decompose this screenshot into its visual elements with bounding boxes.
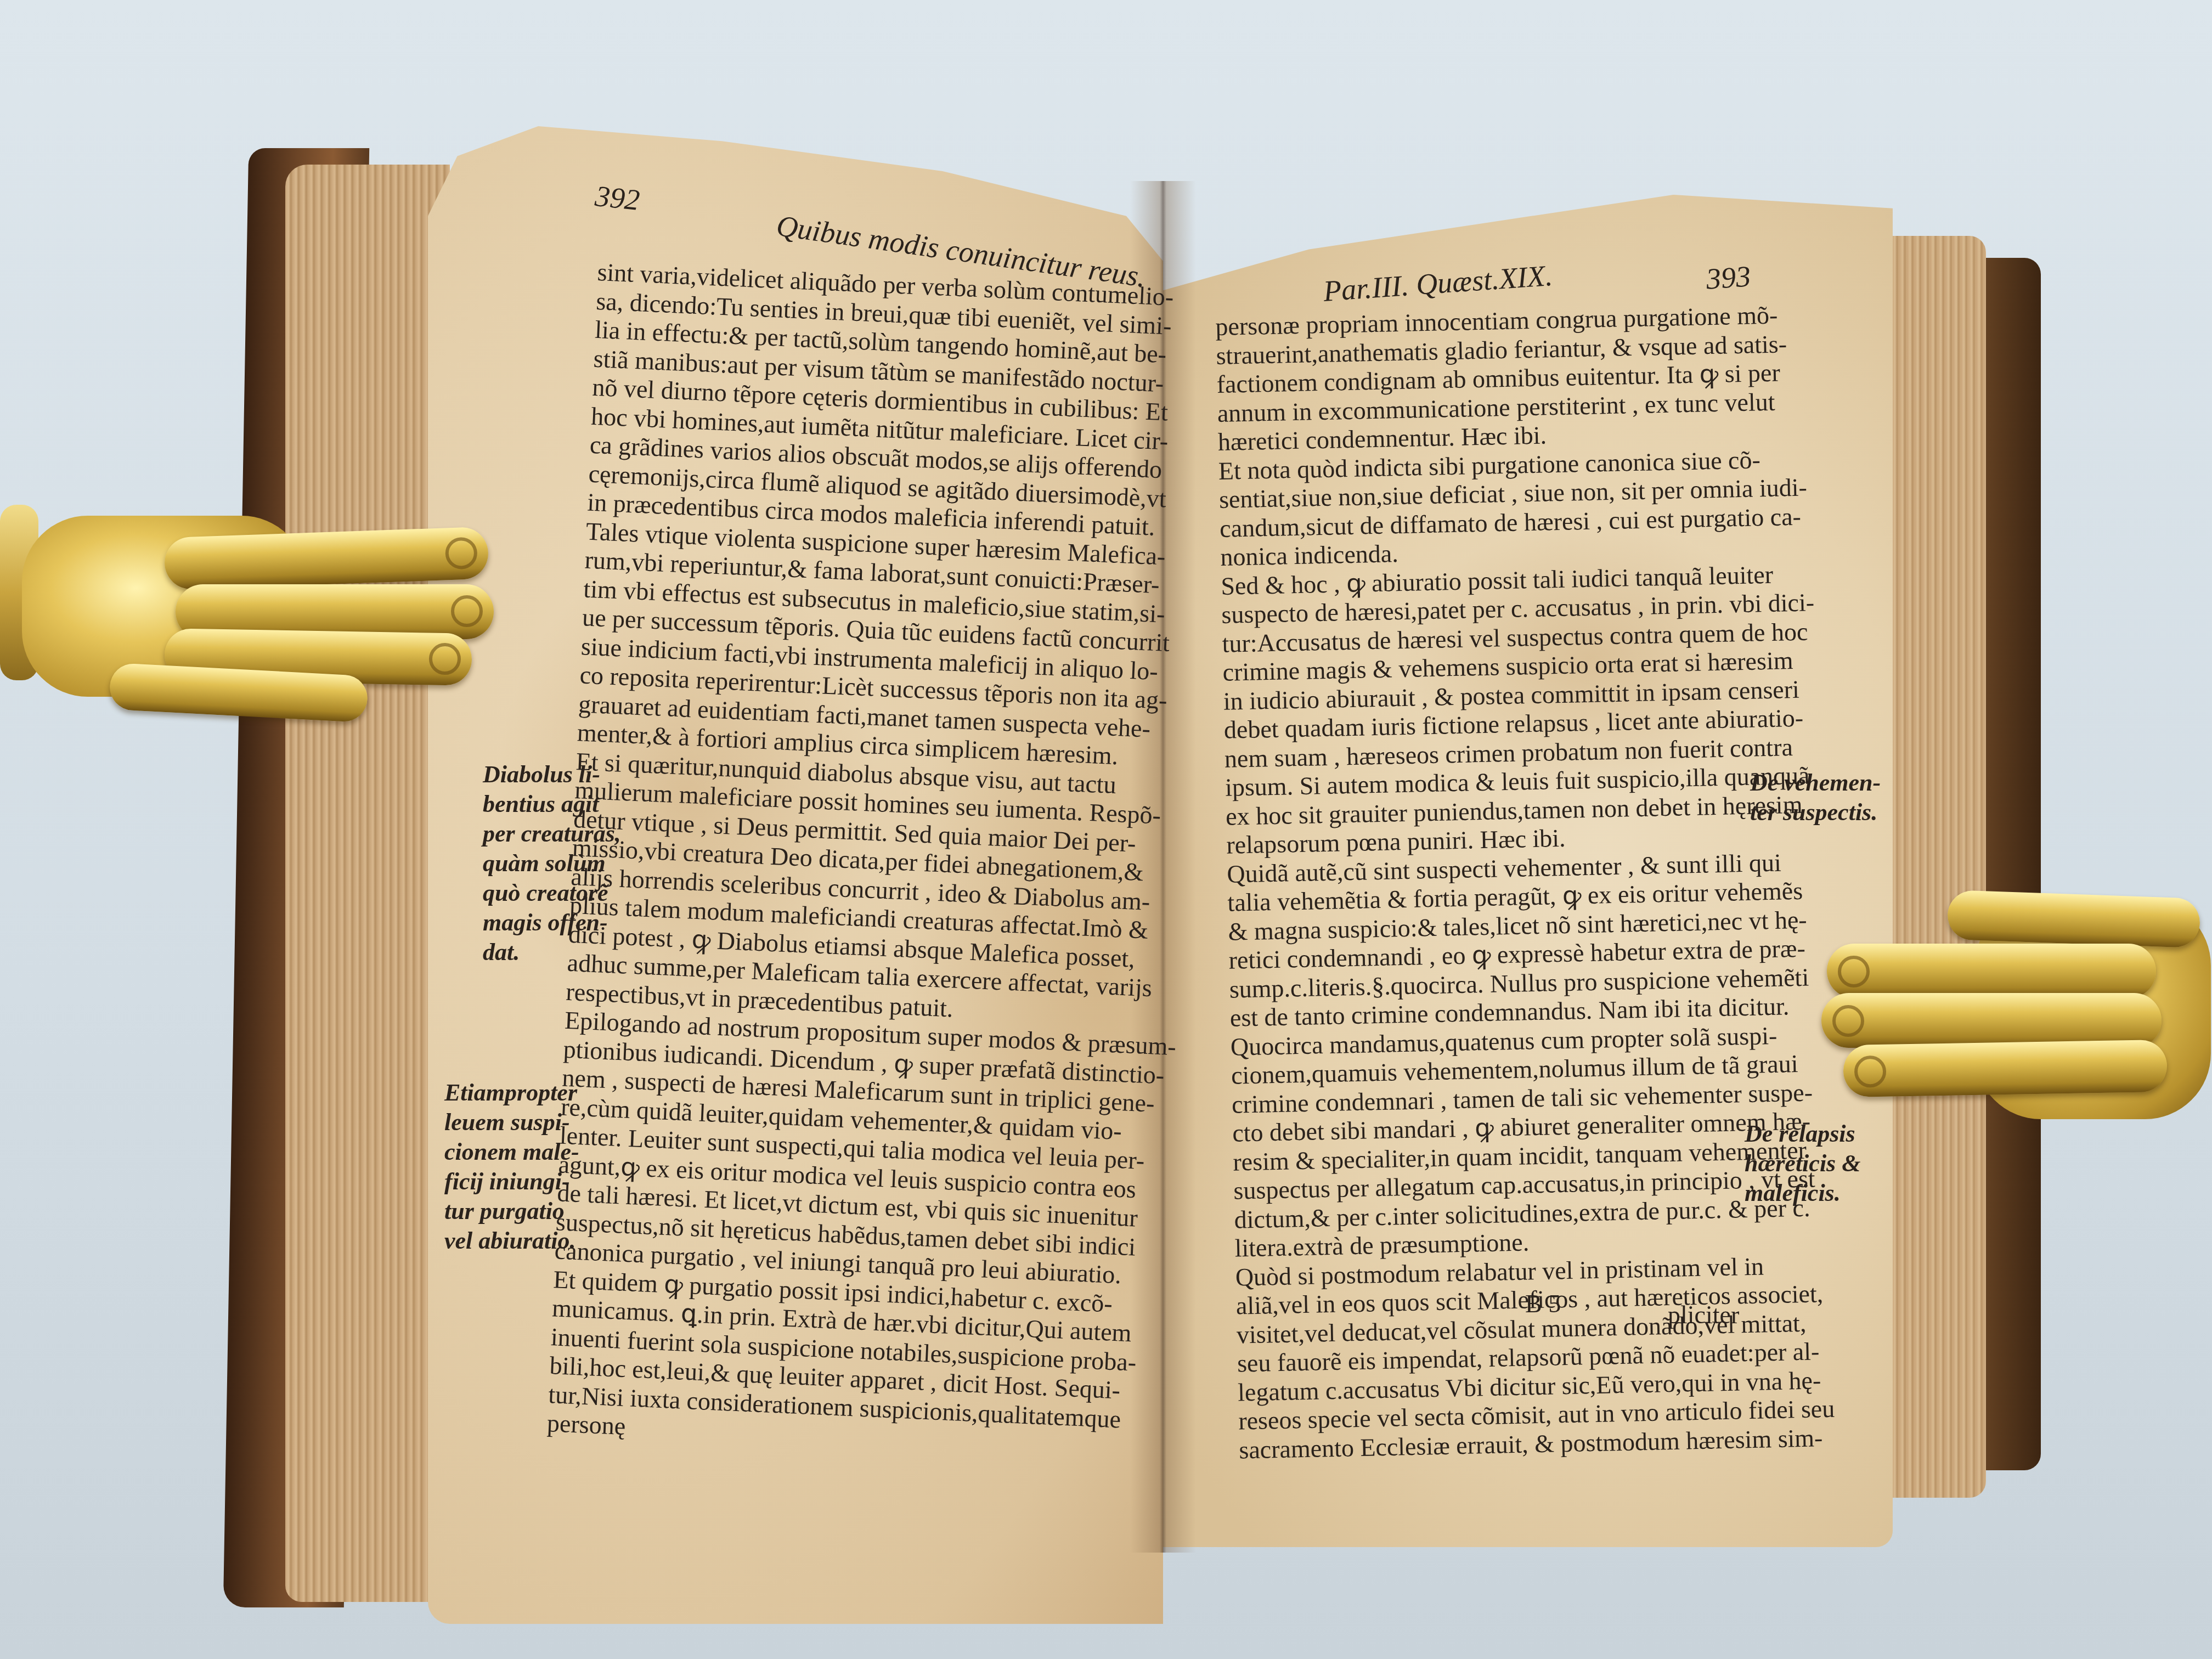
text-line: maleficis.: [1745, 1178, 1860, 1208]
text-line: ficij iniungi-: [444, 1167, 579, 1197]
text-line: dat.: [483, 938, 621, 967]
hand-finger: [1947, 890, 2201, 948]
text-line: leuem suspi-: [444, 1108, 579, 1137]
page-number-right: 393: [1705, 259, 1752, 296]
text-line: vel abiuratio.: [444, 1226, 579, 1256]
text-line: ter suspectis.: [1750, 798, 1881, 827]
text-line: De vehemen-: [1750, 768, 1881, 798]
text-line: tur purgatio: [444, 1197, 579, 1226]
text-line: Etiampropter: [444, 1078, 579, 1108]
text-line: per creaturas,: [483, 819, 621, 849]
fingernail: [445, 537, 478, 569]
text-line: quàm solùm: [483, 849, 621, 878]
text-line: magis offen-: [483, 908, 621, 938]
text-line: quò creatorẽ: [483, 878, 621, 908]
margin-note-de-vehementer: De vehemen-ter suspectis.: [1750, 768, 1881, 827]
margin-note-etiampropter: Etiampropterleuem suspi-cionem male-fici…: [444, 1078, 579, 1256]
hand-finger: [1821, 993, 2162, 1048]
hand-finger: [1827, 944, 2156, 998]
signature-mark: B 5: [1525, 1289, 1561, 1318]
hand-finger: [1843, 1040, 2168, 1097]
margin-note-diabolus: Diabolus li-bentius agitper creaturas,qu…: [483, 760, 621, 967]
text-line: bentius agit: [483, 789, 621, 819]
page-block-edge-right: [1876, 236, 1986, 1498]
brass-hand-left: [0, 483, 494, 730]
fingernail: [1832, 1005, 1864, 1037]
fingernail: [1838, 956, 1870, 988]
text-line: hæreticis &: [1745, 1149, 1860, 1178]
fingernail: [1854, 1056, 1887, 1088]
fingernail: [451, 595, 483, 627]
page-number-left: 392: [594, 179, 641, 217]
page-block-edge-left: [285, 165, 450, 1602]
left-page-text: sint varia,videlicet aliquãdo per verba …: [546, 258, 1209, 1464]
brass-hand-right: [1821, 878, 2212, 1141]
catchword: pliciter: [1668, 1300, 1739, 1329]
text-line: cionem male-: [444, 1137, 579, 1167]
hand-finger: [164, 527, 489, 590]
text-line: Diabolus li-: [483, 760, 621, 789]
fingernail: [428, 643, 461, 675]
